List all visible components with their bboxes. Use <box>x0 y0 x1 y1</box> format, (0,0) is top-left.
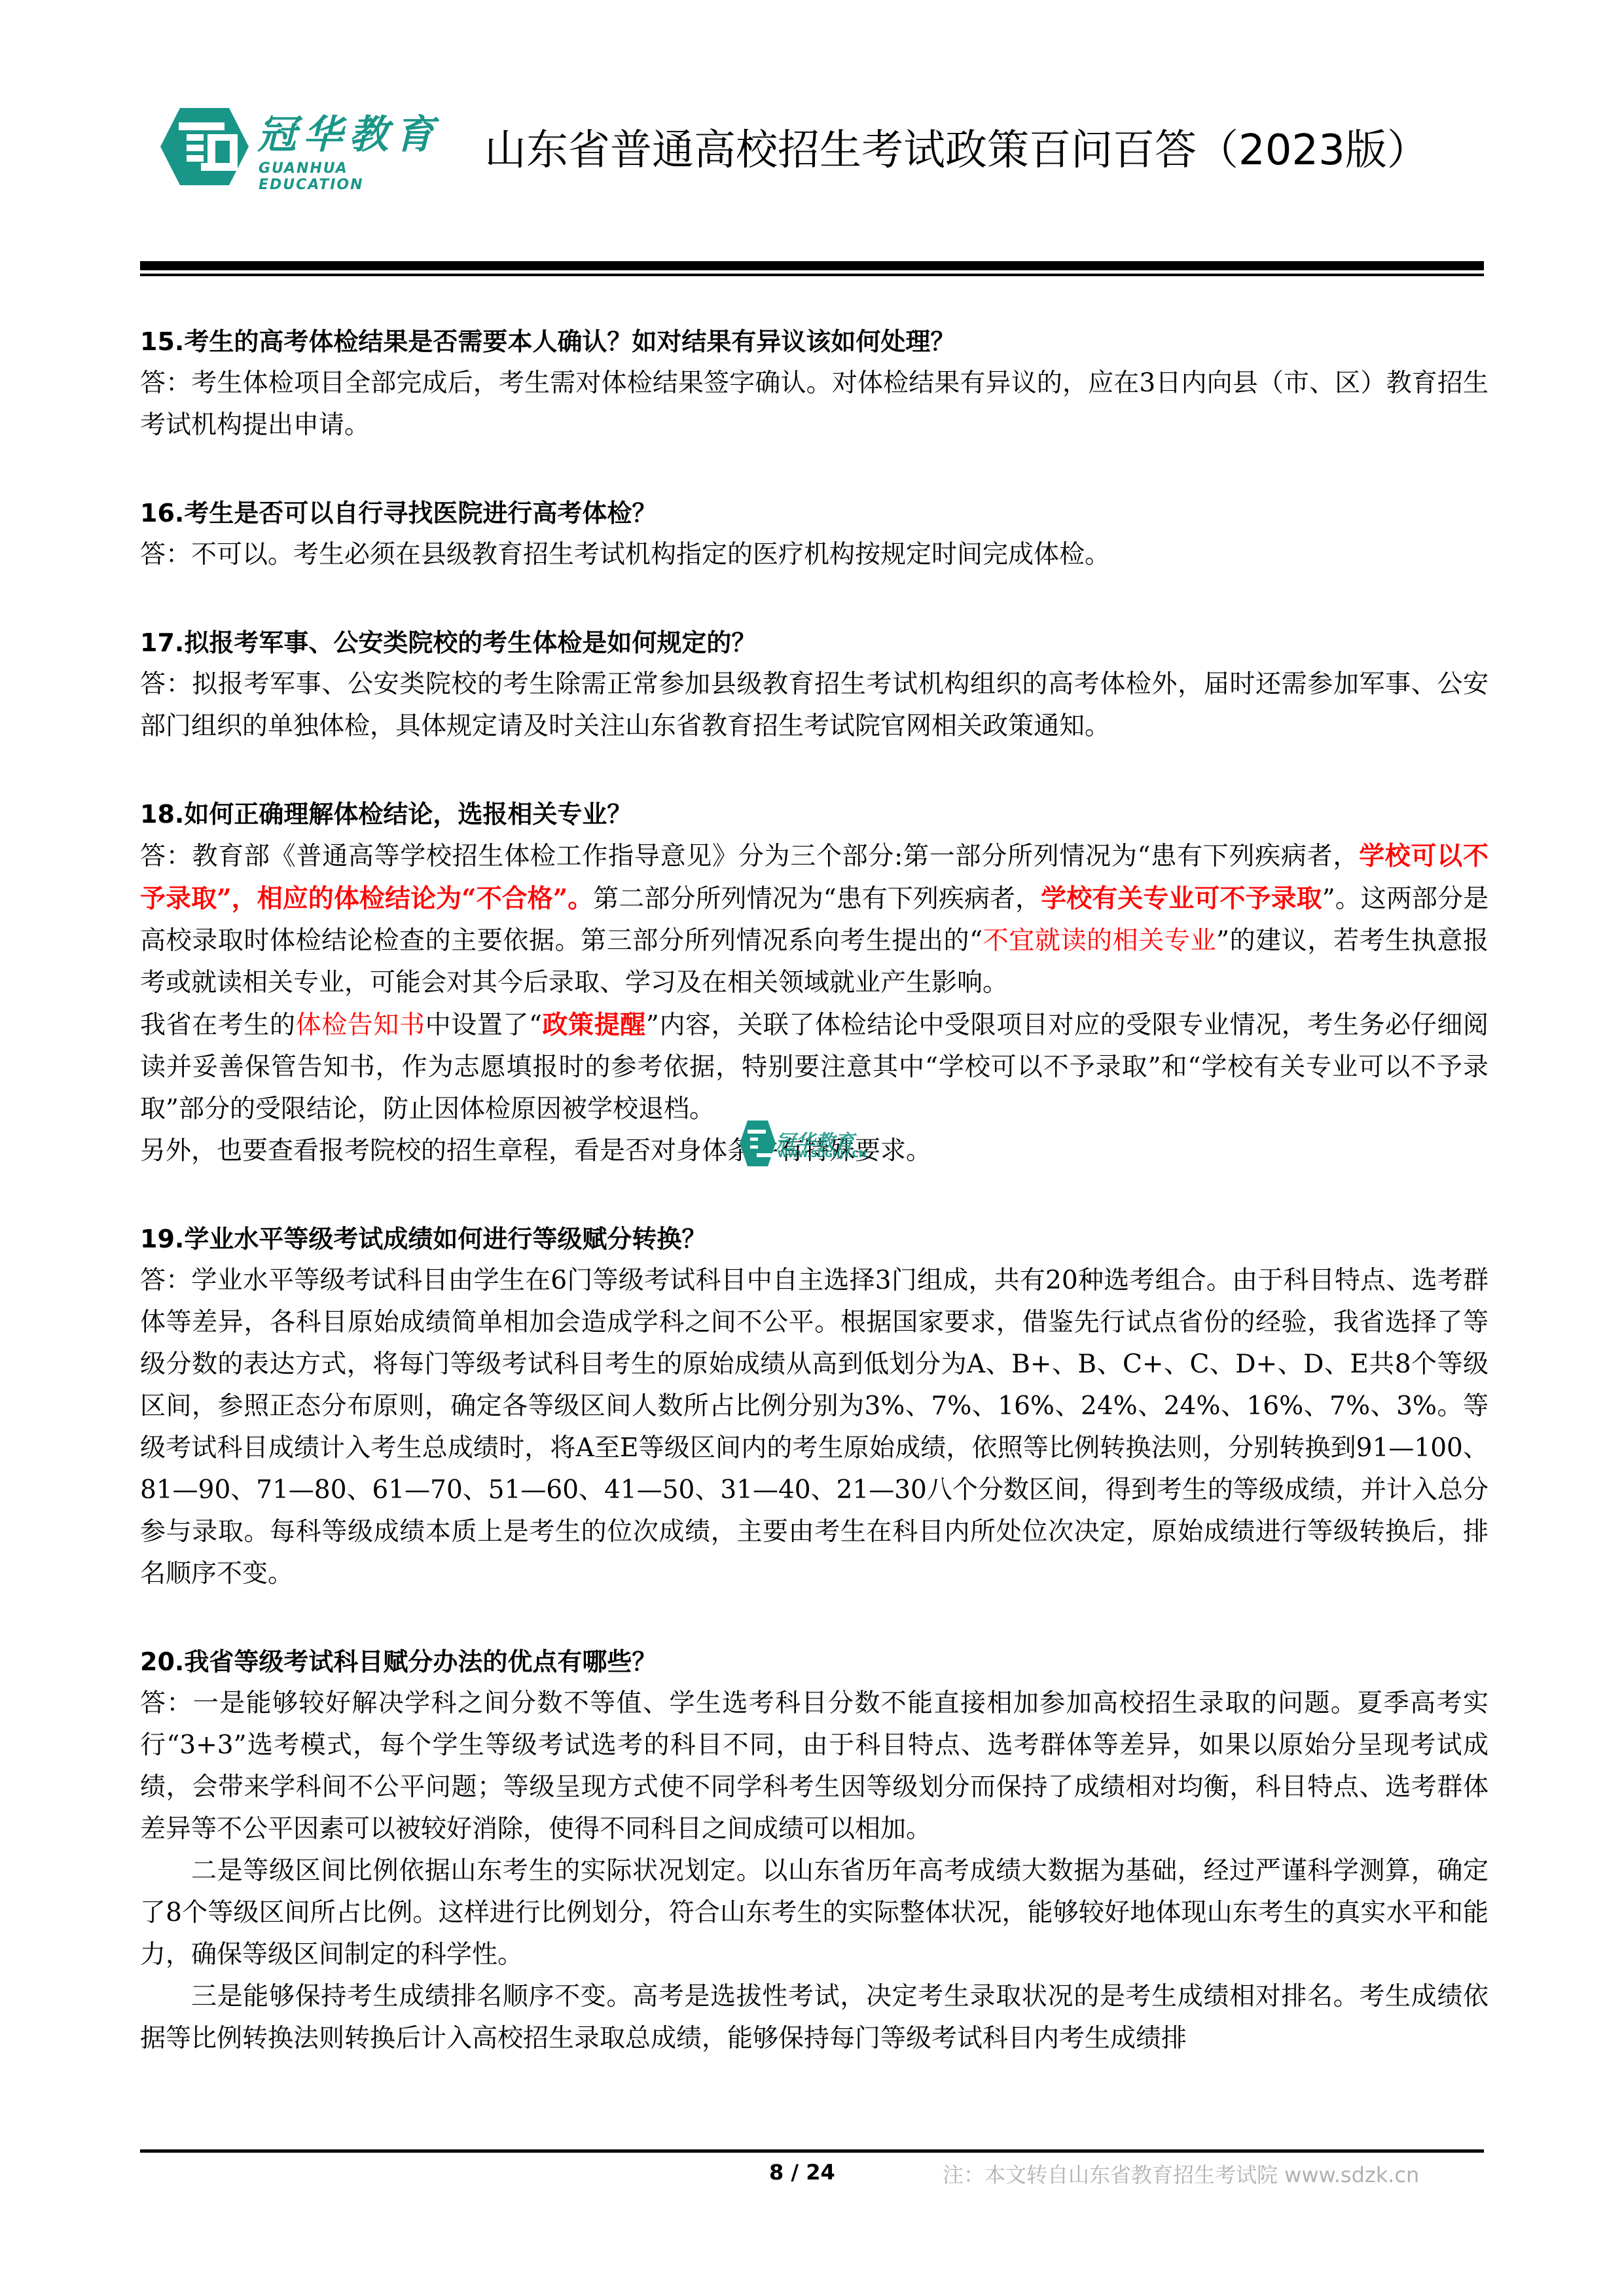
answer-18-para-1: 答：教育部《普通高等学校招生体检工作指导意见》分为三个部分:第一部分所列情况为“… <box>140 835 1489 1004</box>
watermark-hexagon-icon <box>740 1121 776 1166</box>
answer-20-para-3: 三是能够保持考生成绩排名顺序不变。高考是选拔性考试，决定考生录取状况的是考生成绩… <box>140 1976 1489 2060</box>
question-15: 15.考生的高考体检结果是否需要本人确认？如对结果有异议该如何处理？ <box>140 321 1489 363</box>
header-rule-thick <box>140 261 1484 270</box>
highlight-run: 学校有关专业可不予录取 <box>1041 884 1322 914</box>
answer-17: 答：拟报考军事、公安类院校的考生除需正常参加县级教育招生考试机构组织的高考体检外… <box>140 664 1489 747</box>
answer-20-para-1: 答：一是能够较好解决学科之间分数不等值、学生选考科目分数不能直接相加参加高校招生… <box>140 1683 1489 1850</box>
qa-item-16: 16.考生是否可以自行寻找医院进行高考体检？ 答：不可以。考生必须在县级教育招生… <box>140 492 1489 576</box>
logo-name-cn: 冠华教育 <box>257 113 441 156</box>
answer-20-para-2: 二是等级区间比例依据山东考生的实际状况划定。以山东省历年高考成绩大数据为基础，经… <box>140 1850 1489 1976</box>
highlight-run: 政策提醒 <box>542 1010 646 1040</box>
question-16: 16.考生是否可以自行寻找医院进行高考体检？ <box>140 492 1489 534</box>
answer-18-para-2: 我省在考生的体检告知书中设置了“政策提醒”内容，关联了体检结论中受限项目对应的受… <box>140 1004 1489 1130</box>
qa-content: 15.考生的高考体检结果是否需要本人确认？如对结果有异议该如何处理？ 答：考生体… <box>140 321 1489 2106</box>
page-number: 8 / 24 <box>769 2160 835 2185</box>
logo-name-en: GUANHUA EDUCATION <box>259 160 455 193</box>
footer-rule <box>140 2149 1484 2153</box>
answer-15: 答：考生体检项目全部完成后，考生需对体检结果签字确认。对体检结果有异议的，应在3… <box>140 363 1489 446</box>
highlight-run: 体检告知书 <box>296 1011 425 1040</box>
text-run: 我省在考生的 <box>140 1011 296 1040</box>
logo-hexagon-icon <box>160 108 249 185</box>
answer-16: 答：不可以。考生必须在县级教育招生考试机构指定的医疗机构按规定时间完成体检。 <box>140 534 1489 576</box>
text-run: 答：教育部《普通高等学校招生体检工作指导意见》分为三个部分:第一部分所列情况为“… <box>140 842 1359 871</box>
answer-19: 答：学业水平等级考试科目由学生在6门等级考试科目中自主选择3门组成，共有20种选… <box>140 1260 1489 1595</box>
highlight-run: 不宜就读的相关专业 <box>983 926 1216 956</box>
text-run: 第二部分所列情况为“患有下列疾病者， <box>593 884 1041 914</box>
footer-source-note: 注：本文转自山东省教育招生考试院 www.sdzk.cn <box>943 2159 1419 2189</box>
question-20: 20.我省等级考试科目赋分办法的优点有哪些？ <box>140 1641 1489 1683</box>
qa-item-15: 15.考生的高考体检结果是否需要本人确认？如对结果有异议该如何处理？ 答：考生体… <box>140 321 1489 446</box>
watermark-logo: 冠华教育 WWW.SDGHJY.CN <box>740 1121 844 1166</box>
page-header: 冠华教育 GUANHUA EDUCATION 山东省普通高校招生考试政策百问百答… <box>0 0 1624 288</box>
guanhua-logo: 冠华教育 GUANHUA EDUCATION <box>160 108 455 187</box>
question-19: 19.学业水平等级考试成绩如何进行等级赋分转换？ <box>140 1218 1489 1260</box>
header-rule-thin <box>140 274 1484 276</box>
qa-item-17: 17.拟报考军事、公安类院校的考生体检是如何规定的？ 答：拟报考军事、公安类院校… <box>140 622 1489 747</box>
text-run: 中设置了“ <box>425 1011 542 1040</box>
question-18: 18.如何正确理解体检结论，选报相关专业？ <box>140 793 1489 835</box>
document-title: 山东省普通高校招生考试政策百问百答（2023版） <box>484 124 1429 177</box>
qa-item-20: 20.我省等级考试科目赋分办法的优点有哪些？ 答：一是能够较好解决学科之间分数不… <box>140 1641 1489 2060</box>
qa-item-18: 18.如何正确理解体检结论，选报相关专业？ 答：教育部《普通高等学校招生体检工作… <box>140 793 1489 1172</box>
watermark-url: WWW.SDGHJY.CN <box>778 1149 867 1160</box>
question-17: 17.拟报考军事、公安类院校的考生体检是如何规定的？ <box>140 622 1489 664</box>
qa-item-19: 19.学业水平等级考试成绩如何进行等级赋分转换？ 答：学业水平等级考试科目由学生… <box>140 1218 1489 1595</box>
